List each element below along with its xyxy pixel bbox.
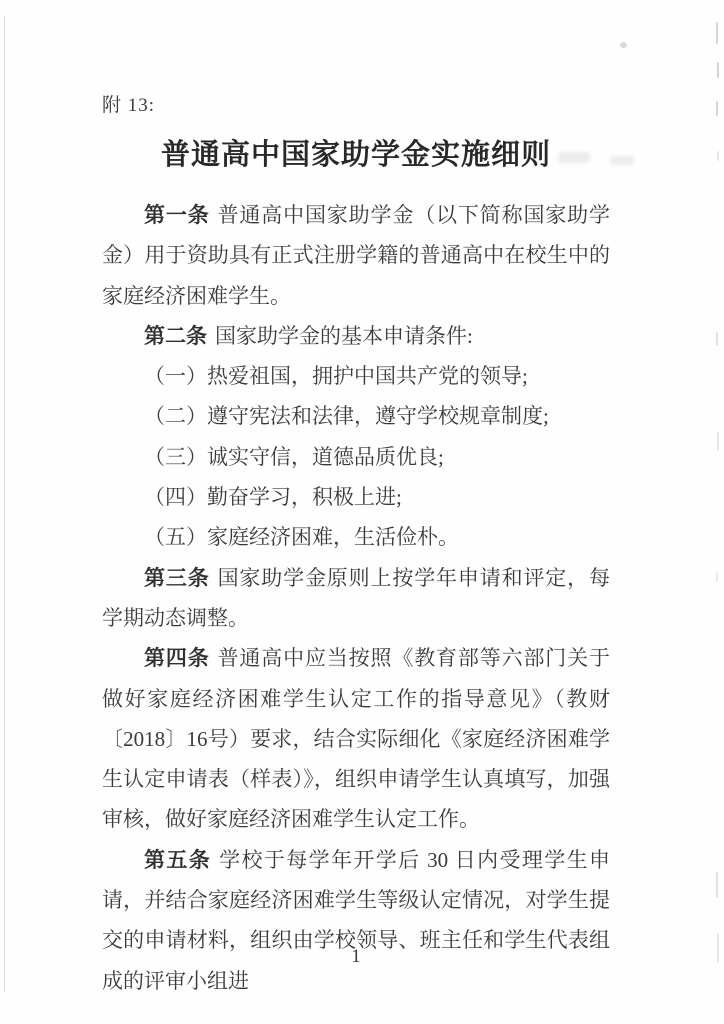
document-title: 普通高中国家助学金实施细则: [102, 138, 610, 173]
document-content: 附 13: 普通高中国家助学金实施细则 第一条普通高中国家助学金（以下简称国家助…: [102, 0, 610, 1001]
article-1-label: 第一条: [144, 203, 210, 227]
article-4-text: 普通高中应当按照《教育部等六部门关于做好家庭经济困难学生认定工作的指导意见》（教…: [102, 646, 610, 831]
scan-artifact-right-edge-dash: [716, 22, 718, 44]
paragraph-article-1: 第一条普通高中国家助学金（以下简称国家助学金）用于资助具有正式注册学籍的普通高中…: [102, 195, 610, 316]
scan-artifact-speck: [620, 42, 627, 48]
condition-item-2: （二）遵守宪法和法律，遵守学校规章制度;: [102, 396, 610, 436]
scan-artifact-left-edge-line: [4, 16, 5, 992]
attachment-label: 附 13:: [102, 94, 610, 118]
scan-artifact-right-edge-dash: [717, 934, 719, 962]
scan-artifact-right-edge-dash: [716, 872, 718, 898]
document-page: 附 13: 普通高中国家助学金实施细则 第一条普通高中国家助学金（以下简称国家助…: [0, 0, 724, 1024]
article-2-text: 国家助学金的基本申请条件:: [215, 324, 473, 348]
article-2-label: 第二条: [144, 324, 207, 348]
scan-artifact-right-edge-dash: [716, 101, 718, 116]
article-4-label: 第四条: [144, 646, 210, 670]
paragraph-article-3: 第三条国家助学金原则上按学年申请和评定，每学期动态调整。: [102, 558, 610, 639]
paragraph-article-2: 第二条国家助学金的基本申请条件:: [102, 316, 610, 356]
article-5-label: 第五条: [144, 848, 211, 872]
scan-artifact-ghost-smudge: [610, 156, 634, 165]
condition-item-1: （一）热爱祖国，拥护中国共产党的领导;: [102, 356, 610, 396]
article-3-label: 第三条: [144, 566, 210, 590]
scan-artifact-right-edge-dash: [717, 62, 719, 78]
condition-item-4: （四）勤奋学习，积极上进;: [102, 477, 610, 517]
scan-artifact-right-edge-dash: [716, 572, 718, 582]
scan-artifact-right-edge-dash: [717, 432, 719, 450]
document-body: 第一条普通高中国家助学金（以下简称国家助学金）用于资助具有正式注册学籍的普通高中…: [102, 195, 610, 1001]
condition-item-3: （三）诚实守信，道德品质优良;: [102, 437, 610, 477]
page-number: 1: [102, 946, 610, 968]
scan-artifact-right-edge-dash: [717, 151, 719, 161]
condition-item-5: （五）家庭经济困难，生活俭朴。: [102, 517, 610, 557]
paragraph-article-4: 第四条普通高中应当按照《教育部等六部门关于做好家庭经济困难学生认定工作的指导意见…: [102, 638, 610, 839]
scan-artifact-right-edge-dash: [716, 332, 718, 346]
paragraph-article-5: 第五条学校于每学年开学后 30 日内受理学生申请，并结合家庭经济困难学生等级认定…: [102, 840, 610, 1001]
